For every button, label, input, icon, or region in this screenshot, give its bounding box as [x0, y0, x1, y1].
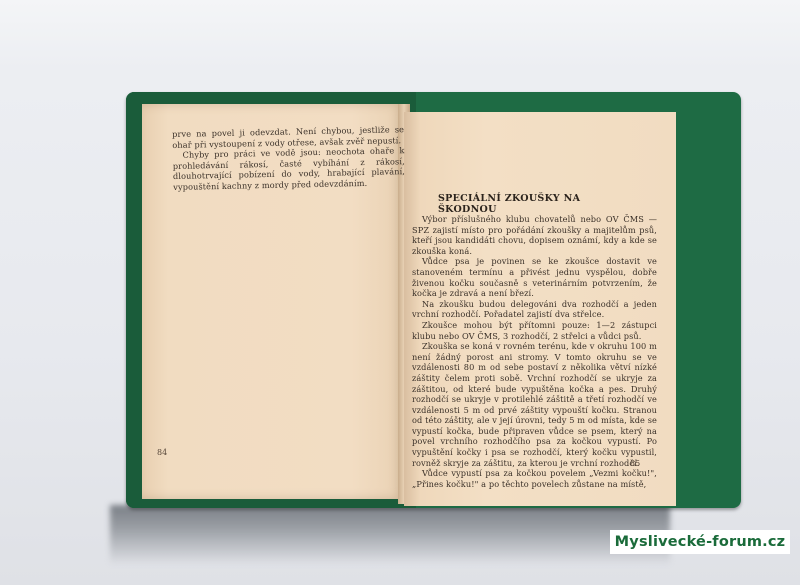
right-paragraph: Zkouška se koná v rovném terénu, kde v o…: [412, 341, 657, 468]
left-paragraph: Chyby pro práci ve vodě jsou: neochota o…: [172, 145, 405, 192]
left-page-number: 84: [157, 448, 167, 457]
left-page-text: prve na povel ji odevzdat. Není chybou, …: [172, 124, 405, 192]
right-page-number: 85: [630, 459, 640, 468]
right-paragraph: Vůdce vypustí psa za kočkou povelem „Vez…: [412, 468, 657, 489]
right-paragraph: Zkoušce mohou být přítomni pouze: 1—2 zá…: [412, 320, 657, 341]
book-shadow: [110, 505, 670, 565]
right-paragraph: Na zkoušku budou delegováni dva rozhodčí…: [412, 299, 657, 320]
right-paragraph: Vůdce psa je povinen se ke zkoušce dosta…: [412, 256, 657, 298]
right-paragraph: Výbor příslušného klubu chovatelů nebo O…: [412, 214, 657, 256]
chapter-heading: SPECIÁLNÍ ZKOUŠKY NA ŠKODNOU: [438, 193, 638, 215]
site-watermark: Myslivecké-forum.cz: [610, 530, 790, 554]
right-page-text: Výbor příslušného klubu chovatelů nebo O…: [412, 214, 657, 489]
